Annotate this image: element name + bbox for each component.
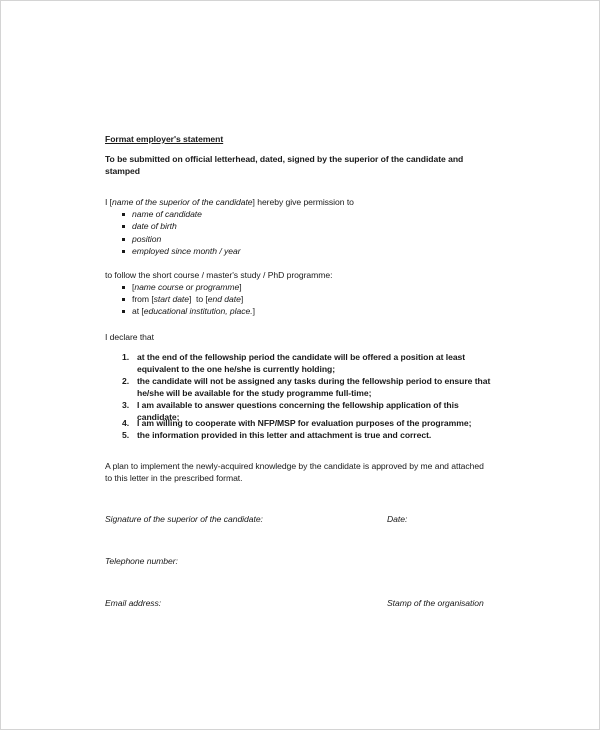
declaration-item: I am available to answer questions conce… — [137, 399, 459, 411]
telephone-field-label: Telephone number: — [105, 555, 178, 567]
declaration-number: 3. — [122, 399, 129, 411]
list-item: at [educational institution, place.] — [132, 305, 255, 317]
date-field-label: Date: — [387, 513, 407, 525]
bullet-icon — [122, 238, 125, 241]
list-item: position — [132, 233, 161, 245]
institution-placeholder: educational institution, place. — [144, 306, 253, 316]
bullet-icon — [122, 298, 125, 301]
declaration-item-cont: he/she will be available for the study p… — [137, 387, 371, 399]
plan-paragraph-line1: A plan to implement the newly-acquired k… — [105, 460, 484, 472]
end-date-placeholder: end date — [208, 294, 241, 304]
instruction-text-line1: To be submitted on official letterhead, … — [105, 153, 463, 165]
declaration-item: the candidate will not be assigned any t… — [137, 375, 490, 387]
declaration-item: I am willing to cooperate with NFP/MSP f… — [137, 417, 471, 429]
bullet-icon — [122, 250, 125, 253]
bullet-icon — [122, 286, 125, 289]
declaration-item: the information provided in this letter … — [137, 429, 431, 441]
list-item: from [start date] to [end date] — [132, 293, 243, 305]
signature-field-label: Signature of the superior of the candida… — [105, 513, 263, 525]
bullet-icon — [122, 310, 125, 313]
declaration-number: 1. — [122, 351, 129, 363]
start-date-placeholder: start date — [154, 294, 189, 304]
declaration-number: 2. — [122, 375, 129, 387]
list-item: employed since month / year — [132, 245, 241, 257]
permission-suffix: ] hereby give permission to — [253, 197, 354, 207]
programme-intro: to follow the short course / master's st… — [105, 269, 332, 281]
bullet-icon — [122, 213, 125, 216]
permission-prefix: I [ — [105, 197, 112, 207]
declaration-number: 5. — [122, 429, 129, 441]
course-name-placeholder: name course or programme — [134, 282, 239, 292]
instruction-text-line2: stamped — [105, 165, 140, 177]
plan-paragraph-line2: to this letter in the prescribed format. — [105, 472, 242, 484]
document-page: Format employer's statement To be submit… — [0, 0, 600, 730]
document-title: Format employer's statement — [105, 133, 223, 145]
permission-sentence: I [name of the superior of the candidate… — [105, 196, 354, 208]
declare-intro: I declare that — [105, 331, 154, 343]
superior-name-placeholder: name of the superior of the candidate — [112, 197, 253, 207]
declaration-item: at the end of the fellowship period the … — [137, 351, 465, 363]
list-item: date of birth — [132, 220, 177, 232]
email-field-label: Email address: — [105, 597, 161, 609]
stamp-field-label: Stamp of the organisation — [387, 597, 484, 609]
list-item: name of candidate — [132, 208, 202, 220]
bullet-icon — [122, 225, 125, 228]
declaration-number: 4. — [122, 417, 129, 429]
declaration-item-cont: equivalent to the one he/she is currentl… — [137, 363, 335, 375]
list-item: [name course or programme] — [132, 281, 242, 293]
